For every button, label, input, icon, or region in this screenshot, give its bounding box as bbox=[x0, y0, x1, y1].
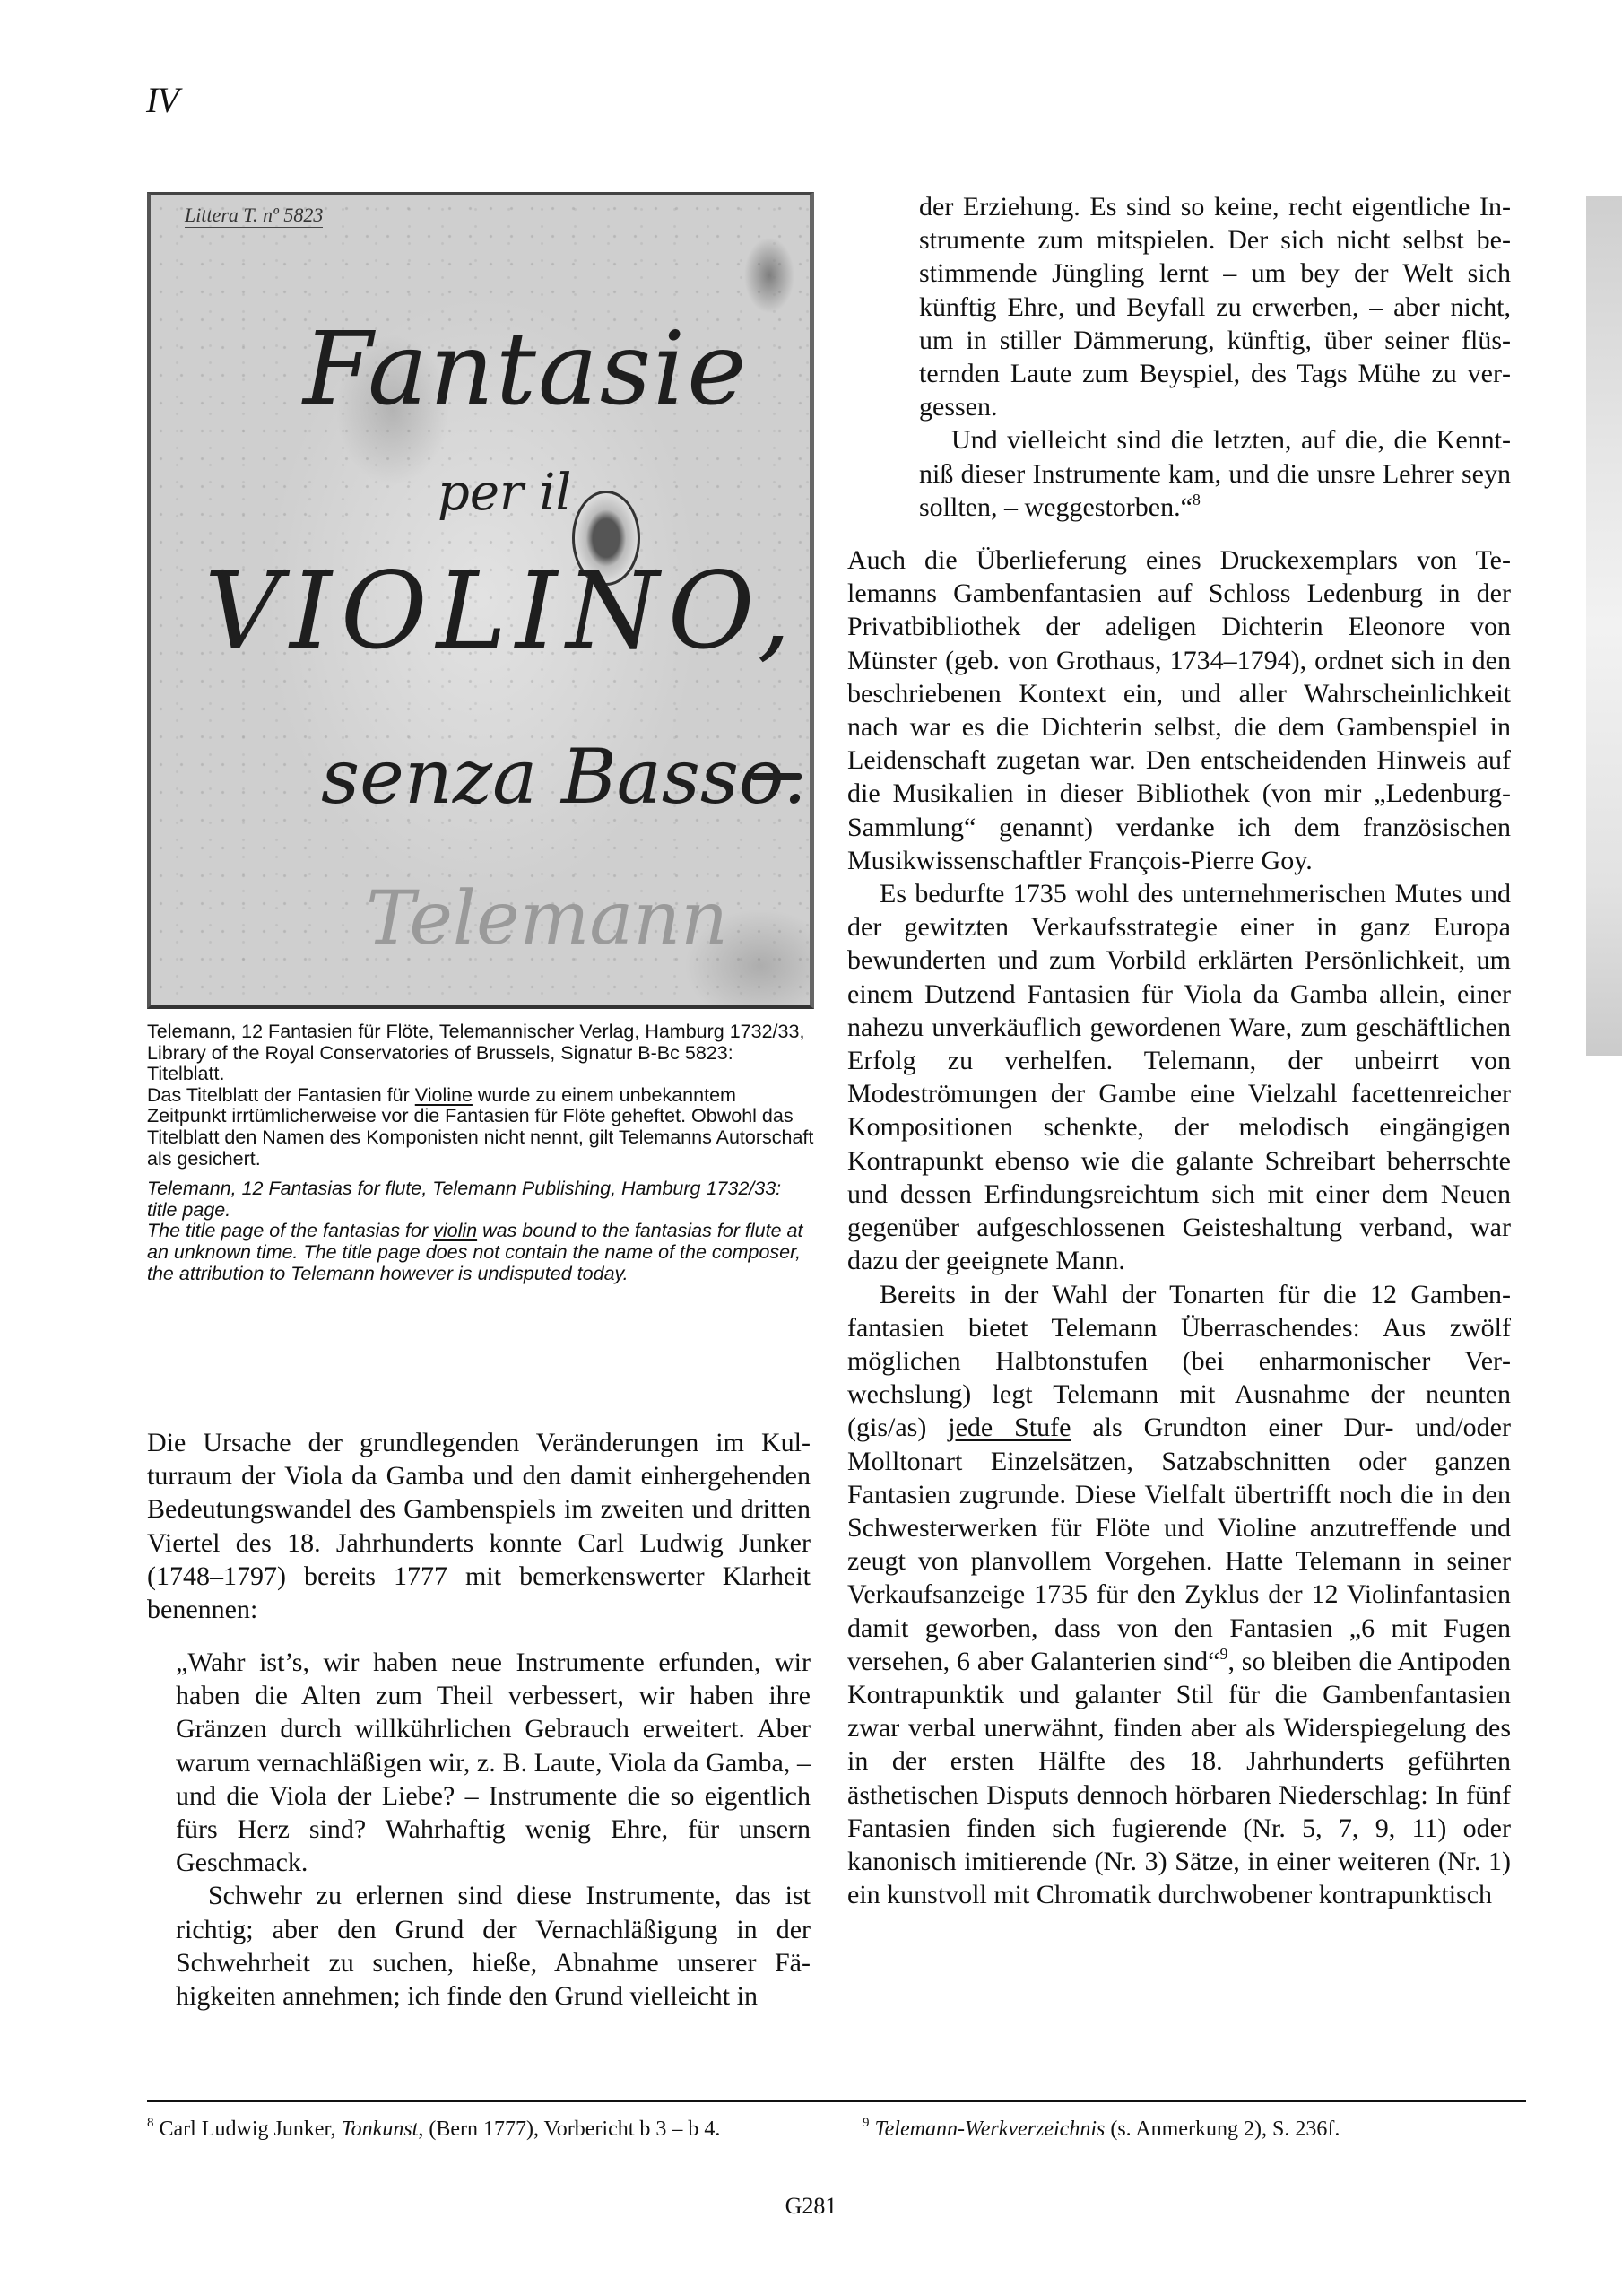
paragraph-ledenburg: Auch die Überlieferung eines Druckexempl… bbox=[847, 544, 1511, 877]
page-number: G281 bbox=[0, 2193, 1622, 2220]
quote-text: Und vielleicht sind die letzten, auf die… bbox=[919, 425, 1511, 521]
right-column: der Erziehung. Es sind so keine, recht e… bbox=[890, 190, 1511, 1911]
footnote-number: 8 bbox=[147, 2116, 154, 2130]
footnote-9: 9 Telemann-Werkverzeichnis (s. Anmerkung… bbox=[863, 2117, 1340, 2142]
quote-paragraph: Und vielleicht sind die letzten, auf die… bbox=[919, 423, 1511, 524]
running-head: IV bbox=[146, 79, 178, 121]
image-title-line: per il bbox=[438, 464, 571, 522]
footnote-text: (s. Anmerkung 2), S. 236f. bbox=[1105, 2118, 1340, 2141]
footnote-ref[interactable]: 8 bbox=[1193, 491, 1201, 509]
title-page-image: Littera T. nº 5823 Fantasie per il VIOLI… bbox=[147, 192, 814, 1009]
footnote-8: 8 Carl Ludwig Junker, Tonkunst, (Bern 17… bbox=[147, 2117, 720, 2142]
quote-paragraph: der Erziehung. Es sind so keine, recht e… bbox=[919, 190, 1511, 423]
caption-en-title: Telemann, 12 Fantasias for flute, Telema… bbox=[147, 1178, 814, 1221]
paragraph-1735: Es bedurfte 1735 wohl des unternehmerisc… bbox=[847, 877, 1511, 1277]
quote-paragraph: Schwehr zu erlernen sind diese Instrumen… bbox=[176, 1879, 811, 2013]
caption-en-note: The title page of the fantasias for viol… bbox=[147, 1221, 814, 1284]
paragraph-text: als Grundton einer Dur- und/oder Mollton… bbox=[847, 1413, 1511, 1675]
image-title-line: VIOLINO, bbox=[204, 549, 800, 673]
image-composer-name: Telemann bbox=[366, 876, 728, 961]
caption-underlined-word: Violine bbox=[415, 1084, 473, 1106]
footnote-divider bbox=[147, 2100, 1526, 2102]
figure-caption: Telemann, 12 Fantasien für Flöte, Telema… bbox=[147, 1022, 814, 1284]
paragraph-text: , so bleiben die Antipoden Kontrapunktik… bbox=[847, 1647, 1511, 1909]
quote-paragraph: „Wahr ist’s, wir haben neue Instrumente … bbox=[176, 1646, 811, 1879]
footnote-number: 9 bbox=[863, 2116, 870, 2130]
footnote-text: , (Bern 1777), Vorbericht b 3 – b 4. bbox=[418, 2118, 720, 2141]
junker-quote-right: der Erziehung. Es sind so keine, recht e… bbox=[890, 190, 1511, 524]
scan-edge-strip bbox=[1586, 196, 1622, 1056]
shelfmark-label: Littera T. nº 5823 bbox=[185, 204, 323, 228]
footnote-title: Telemann-Werkverzeichnis bbox=[875, 2118, 1106, 2141]
ink-mark bbox=[751, 773, 802, 780]
footnote-title: Tonkunst bbox=[342, 2118, 419, 2141]
paragraph: Die Ursache der grundlegenden Veränderun… bbox=[147, 1426, 811, 1626]
underlined-phrase: jede Stufe bbox=[948, 1413, 1071, 1442]
left-column-intro: Die Ursache der grundlegenden Veränderun… bbox=[147, 1426, 811, 1626]
caption-de-note: Das Titelblatt der Fantasien für Violine… bbox=[147, 1085, 814, 1170]
image-title-line: Fantasie bbox=[303, 311, 748, 428]
image-title-line: senza Basso. bbox=[321, 733, 807, 821]
caption-de-title: Telemann, 12 Fantasien für Flöte, Telema… bbox=[147, 1022, 814, 1085]
caption-text: The title page of the fantasias for bbox=[147, 1220, 433, 1241]
junker-quote-left: „Wahr ist’s, wir haben neue Instrumente … bbox=[176, 1646, 811, 2013]
footnote-text: Carl Ludwig Junker, bbox=[154, 2118, 342, 2141]
caption-text: Das Titelblatt der Fantasien für bbox=[147, 1084, 415, 1106]
caption-underlined-word: violin bbox=[433, 1220, 477, 1241]
paragraph-tonarten: Bereits in der Wahl der Tonarten für die… bbox=[847, 1278, 1511, 1912]
